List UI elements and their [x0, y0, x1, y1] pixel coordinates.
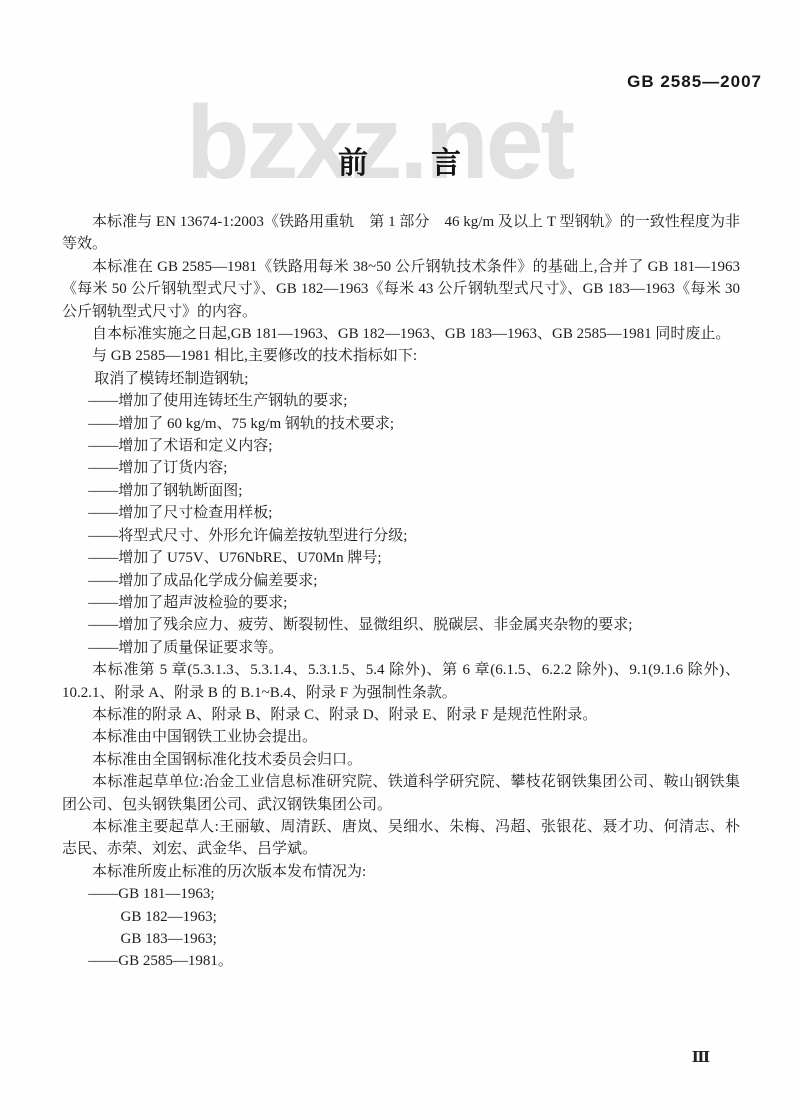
paragraph: 本标准与 EN 13674-1:2003《铁路用重轨 第 1 部分 46 kg/…	[62, 211, 740, 256]
paragraph: 本标准在 GB 2585—1981《铁路用每米 38~50 公斤钢轨技术条件》的…	[62, 256, 740, 323]
standard-code: GB 2585—2007	[627, 72, 762, 92]
paragraph: ——增加了术语和定义内容;	[62, 435, 740, 457]
paragraph: GB 183—1963;	[62, 928, 740, 950]
paragraph: ——增加了成品化学成分偏差要求;	[62, 570, 740, 592]
page-number: Ⅲ	[692, 1048, 710, 1067]
paragraph: ——增加了残余应力、疲劳、断裂韧性、显微组织、脱碳层、非金属夹杂物的要求;	[62, 614, 740, 636]
paragraph: 本标准由全国钢标准化技术委员会归口。	[62, 749, 740, 771]
paragraph: ——增加了质量保证要求等。	[62, 637, 740, 659]
paragraph: 本标准第 5 章(5.3.1.3、5.3.1.4、5.3.1.5、5.4 除外)…	[62, 659, 740, 704]
paragraph: 取消了模铸坯制造钢轨;	[62, 368, 740, 390]
paragraph: ——增加了 U75V、U76NbRE、U70Mn 牌号;	[62, 547, 740, 569]
document-body: 本标准与 EN 13674-1:2003《铁路用重轨 第 1 部分 46 kg/…	[62, 211, 740, 973]
paragraph: ——增加了订货内容;	[62, 457, 740, 479]
paragraph: 本标准所废止标准的历次版本发布情况为:	[62, 861, 740, 883]
paragraph: 自本标准实施之日起,GB 181—1963、GB 182—1963、GB 183…	[62, 323, 740, 345]
document-page: bzxz.net GB 2585—2007 前 言 本标准与 EN 13674-…	[0, 0, 800, 1120]
page-title: 前 言	[0, 138, 800, 182]
paragraph: ——GB 181—1963;	[62, 883, 740, 905]
paragraph: ——将型式尺寸、外形允许偏差按轨型进行分级;	[62, 525, 740, 547]
paragraph: 本标准的附录 A、附录 B、附录 C、附录 D、附录 E、附录 F 是规范性附录…	[62, 704, 740, 726]
paragraph: ——GB 2585—1981。	[62, 950, 740, 972]
paragraph: ——增加了尺寸检查用样板;	[62, 502, 740, 524]
paragraph: 本标准起草单位:冶金工业信息标准研究院、铁道科学研究院、攀枝花钢铁集团公司、鞍山…	[62, 771, 740, 816]
paragraph: ——增加了超声波检验的要求;	[62, 592, 740, 614]
paragraph: 本标准主要起草人:王丽敏、周清跃、唐岚、吴细水、朱梅、冯超、张银花、聂才功、何清…	[62, 816, 740, 861]
paragraph: 与 GB 2585—1981 相比,主要修改的技术指标如下:	[62, 345, 740, 367]
paragraph: ——增加了 60 kg/m、75 kg/m 钢轨的技术要求;	[62, 413, 740, 435]
paragraph: 本标准由中国钢铁工业协会提出。	[62, 726, 740, 748]
paragraph: ——增加了使用连铸坯生产钢轨的要求;	[62, 390, 740, 412]
paragraph: GB 182—1963;	[62, 906, 740, 928]
paragraph: ——增加了钢轨断面图;	[62, 480, 740, 502]
